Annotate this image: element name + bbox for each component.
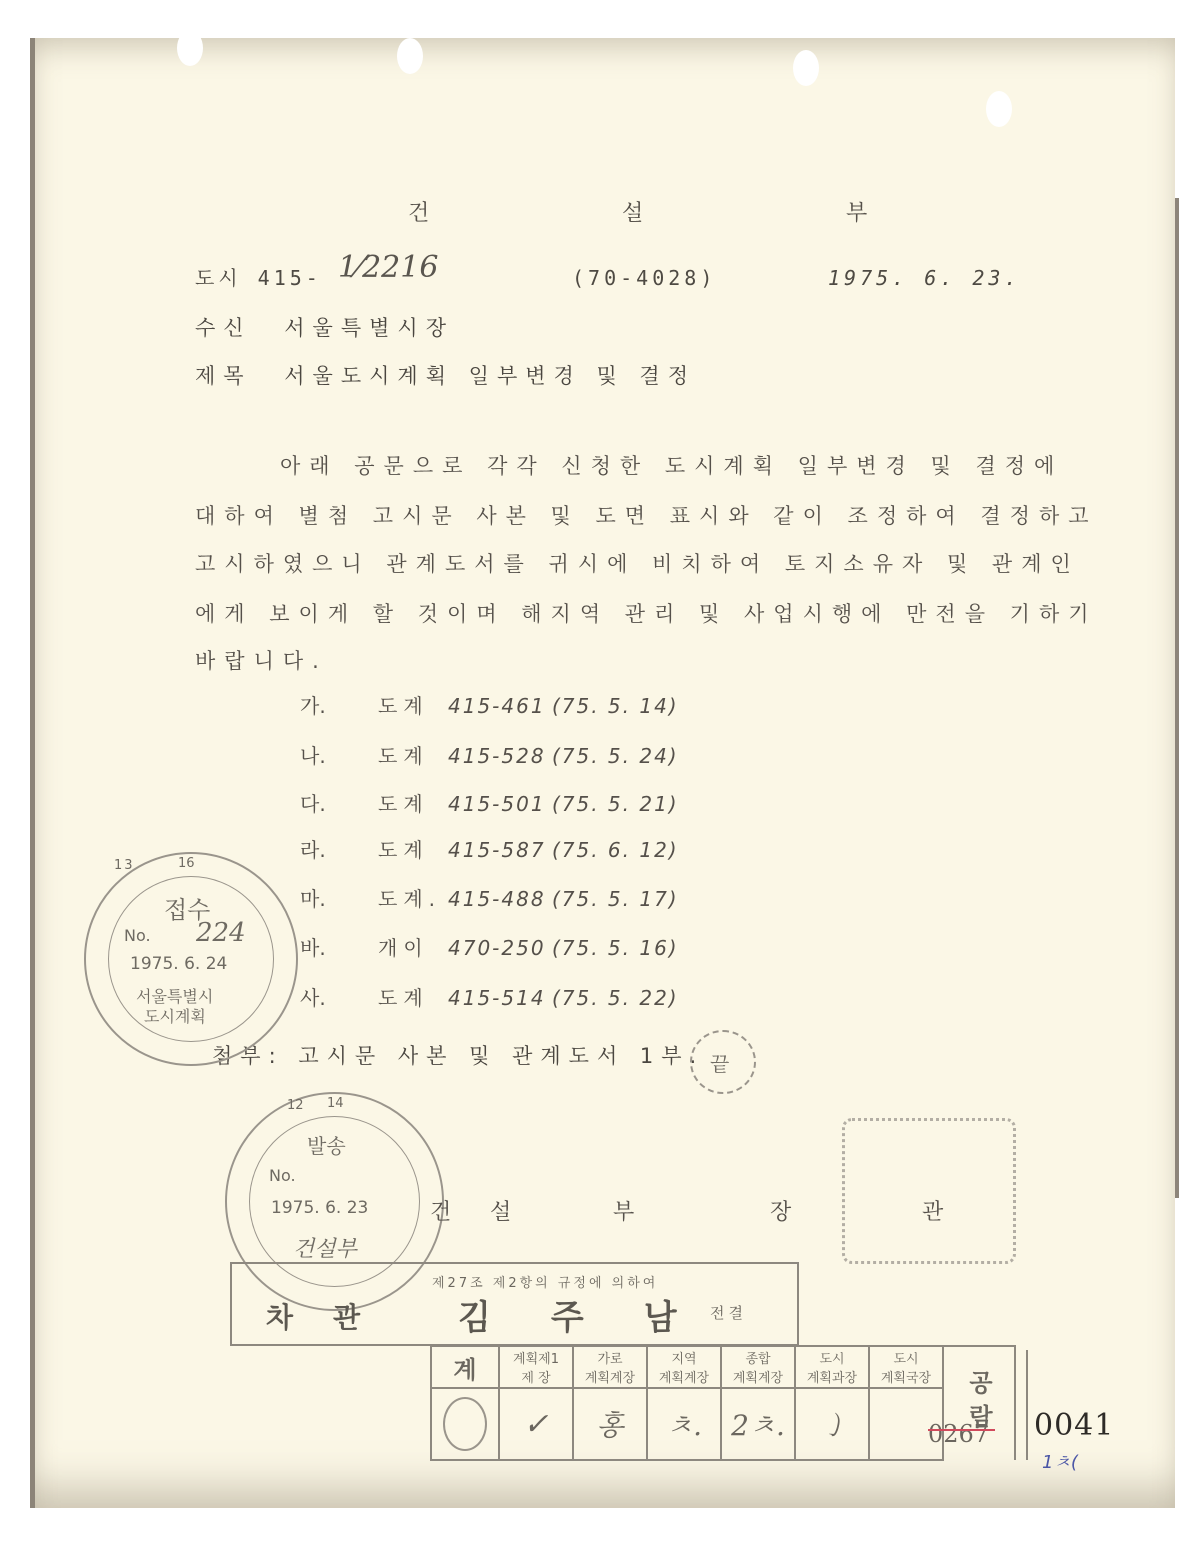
- approval-header: 도시계획국장: [869, 1346, 943, 1388]
- doc-reference: (70-4028): [572, 266, 716, 290]
- punch-hole: [177, 30, 203, 66]
- receipt-number: 224: [196, 918, 246, 948]
- body-line: 고시하였으니 관계도서를 귀시에 비치하여 토지소유자 및 관계인: [195, 548, 1080, 578]
- approval-first-label: 계: [431, 1346, 499, 1388]
- subject-value: 서울도시계획 일부변경 및 결정: [284, 364, 696, 388]
- personal-seal: [443, 1397, 487, 1451]
- body-line: 에게 보이게 할 것이며 해지역 관리 및 사업시행에 만전을 기하기: [195, 598, 1098, 628]
- doc-date: 1975. 6. 23.: [828, 266, 1021, 290]
- approval-header: 가로계획계장: [573, 1346, 647, 1388]
- reference-item: 다.도계415-501 (75. 5. 21): [300, 788, 679, 817]
- divider: [1026, 1350, 1028, 1460]
- receipt-stamp: 13 16 접수 No. 224 1975. 6. 24 서울특별시 도시계획: [84, 852, 298, 1066]
- delegation-name: 김주남: [458, 1290, 737, 1339]
- punch-hole: [793, 50, 819, 86]
- delegation-clause: 제27조 제2항의 규정에 의하여: [432, 1272, 658, 1291]
- reference-item: 나.도계415-528 (75. 5. 24): [300, 740, 679, 769]
- approval-header: 종합계획계장: [721, 1346, 795, 1388]
- punch-hole: [397, 38, 423, 74]
- subject-label: 제목: [195, 364, 252, 388]
- attachment-line: 첨부: 고시문 사본 및 관계도서 1부.: [212, 1040, 704, 1070]
- attachment-value: 고시문 사본 및 관계도서 1부.: [298, 1044, 704, 1068]
- body-line: 아래 공문으로 각각 신청한 도시계획 일부변경 및 결정에: [280, 450, 1063, 480]
- recipient-row: 수신 서울특별시장: [195, 312, 454, 342]
- reference-item: 가.도계415-461 (75. 5. 14): [300, 690, 679, 719]
- doc-number-handwritten: 1⁄2216: [338, 250, 438, 285]
- signature-cell: ✓: [499, 1388, 573, 1460]
- dispatch-date: 1975. 6. 23: [271, 1198, 368, 1218]
- approval-header: 도시계획과장: [795, 1346, 869, 1388]
- doc-number-prefix: 도시 415-: [195, 262, 322, 291]
- recipient-label: 수신: [195, 316, 252, 340]
- pencil-note: 1ㅊ(: [1042, 1448, 1078, 1474]
- approval-header: 지역계획계장: [647, 1346, 721, 1388]
- body-line: 바랍니다.: [195, 645, 328, 675]
- delegation-title: 차관: [266, 1296, 400, 1336]
- old-archive-number: 0267: [928, 1420, 989, 1448]
- recipient-value: 서울특별시장: [284, 316, 454, 340]
- punch-hole: [986, 91, 1012, 127]
- official-seal: [842, 1118, 1016, 1264]
- archive-number: 0041: [1034, 1408, 1114, 1443]
- signature-cell: ㇁: [795, 1388, 869, 1460]
- signature-cell: ㅊ.: [647, 1388, 721, 1460]
- seal-cell: [431, 1388, 499, 1460]
- delegation-suffix: 전결: [710, 1302, 747, 1323]
- body-line: 대하여 별첨 고시문 사본 및 도면 표시와 같이 조정하여 결정하고: [195, 500, 1098, 530]
- receipt-date: 1975. 6. 24: [130, 954, 227, 974]
- reference-item: 사.도계415-514 (75. 5. 22): [300, 982, 679, 1011]
- subject-row: 제목 서울도시계획 일부변경 및 결정: [195, 360, 696, 390]
- approval-header: 계획제1제 장: [499, 1346, 573, 1388]
- delegation-stamp: 제27조 제2항의 규정에 의하여 차관 김주남 전결: [230, 1262, 799, 1346]
- reference-item: 마.도계.415-488 (75. 5. 17): [300, 883, 679, 912]
- end-seal: 끝: [690, 1030, 756, 1094]
- reference-item: 바.개이470-250 (75. 5. 16): [300, 932, 679, 961]
- signature-cell: 2ㅊ.: [721, 1388, 795, 1460]
- signature-cell: 홍: [573, 1388, 647, 1460]
- reference-item: 라.도계415-587 (75. 6. 12): [300, 834, 679, 863]
- dispatch-title: 발송: [307, 1130, 346, 1159]
